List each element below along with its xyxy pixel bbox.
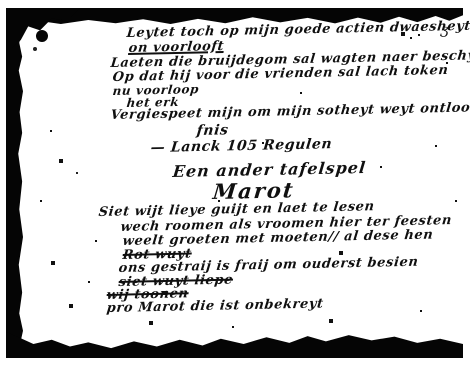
scan-corner-blotch — [6, 8, 80, 48]
scan-border-left — [6, 8, 23, 355]
manuscript-line-finis: fnis — [196, 123, 229, 138]
manuscript-line: pro Marot die ist onbekreyt — [106, 297, 324, 315]
ink-blot — [36, 30, 48, 42]
manuscript-title-marot: Marot — [212, 179, 296, 202]
toner-speckles — [0, 0, 2, 2]
manuscript-line-length-note: — Lanck 105 Regulen — [150, 137, 333, 155]
manuscript-line: on voorlooft — [128, 40, 225, 55]
manuscript-scan-page: ʒ Leytet toch op mijn goede actien dwaes… — [0, 0, 470, 369]
scan-border-bottom — [6, 332, 463, 358]
